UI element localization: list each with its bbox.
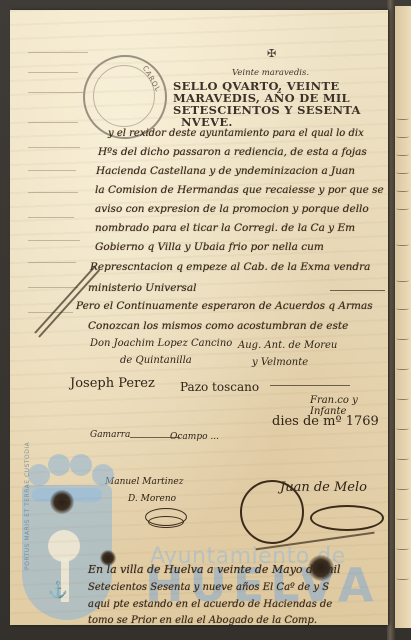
cross-icon: ✠ xyxy=(267,47,276,60)
body-line: Pero el Continuamente esperaron de Acuer… xyxy=(76,300,373,312)
ink-stain xyxy=(50,490,74,514)
signature-flourish xyxy=(148,516,184,528)
signature: y Velmonte xyxy=(252,357,308,368)
date-annotation: dies de mº 1769 xyxy=(272,414,379,429)
signature: Gamarra xyxy=(90,430,130,440)
anchor-icon: ⚓ xyxy=(48,580,68,599)
signature: Aug. Ant. de Moreu xyxy=(238,340,337,351)
closing-line: En la villa de Huelva a veinte de Mayo d… xyxy=(88,563,341,576)
body-line: ministerio Universal xyxy=(88,282,196,294)
royal-seal-stamp: CAROL xyxy=(83,55,167,139)
line-rule xyxy=(330,290,385,291)
signature: Ocampo ... xyxy=(170,432,219,442)
signature-flourish xyxy=(310,505,384,531)
body-line: nombrado para el ticar la Corregi. de la… xyxy=(95,222,355,234)
signature: de Quintanilla xyxy=(120,355,192,366)
line-rule xyxy=(270,385,350,386)
stamp-price: Veinte maravedis. xyxy=(232,68,309,78)
signature: D. Moreno xyxy=(128,494,176,504)
signature: Manuel Martinez xyxy=(105,477,183,487)
ink-stain xyxy=(308,555,334,581)
signature: Don Joachim Lopez Cancino xyxy=(90,338,232,349)
body-line: Represcntacion q empeze al Cab. de la Ex… xyxy=(90,261,370,273)
body-line: Gobierno q Villa y Ubaia frio por nella … xyxy=(95,241,324,253)
ink-stain xyxy=(100,550,116,566)
signature: Pazo toscano xyxy=(180,380,259,394)
closing-line: tomo se Prior en ella el Abogado de la C… xyxy=(88,615,317,625)
page-fold-shadow xyxy=(387,0,395,640)
body-line: Hºs del dicho passaron a rediencia, de e… xyxy=(98,146,367,158)
adjacent-page-edge xyxy=(394,6,411,628)
body-line: la Comision de Hermandas que recaiesse y… xyxy=(95,184,384,196)
closing-line: aqui pte estando en el acuerdo de Hacien… xyxy=(88,599,332,610)
stamp-paper-heading: SELLO QVARTO, VEINTE MARAVEDIS, AÑO DE M… xyxy=(173,80,388,128)
body-line: Hacienda Castellana y de yndeminizacion … xyxy=(96,165,355,177)
manuscript-page: CAROL ✠ Veinte maravedis. SELLO QVARTO, … xyxy=(10,10,388,625)
signature: Joseph Perez xyxy=(70,376,155,391)
body-line: Conozcan los mismos como acostumbran de … xyxy=(88,320,348,332)
signature-flourish xyxy=(240,480,304,544)
body-line: aviso con expresion de la promocion y po… xyxy=(95,203,369,215)
body-line: y el rexidor deste ayuntamiento para el … xyxy=(108,128,364,139)
closing-line: Setecientos Sesenta y nueve años El Caº … xyxy=(88,582,329,593)
